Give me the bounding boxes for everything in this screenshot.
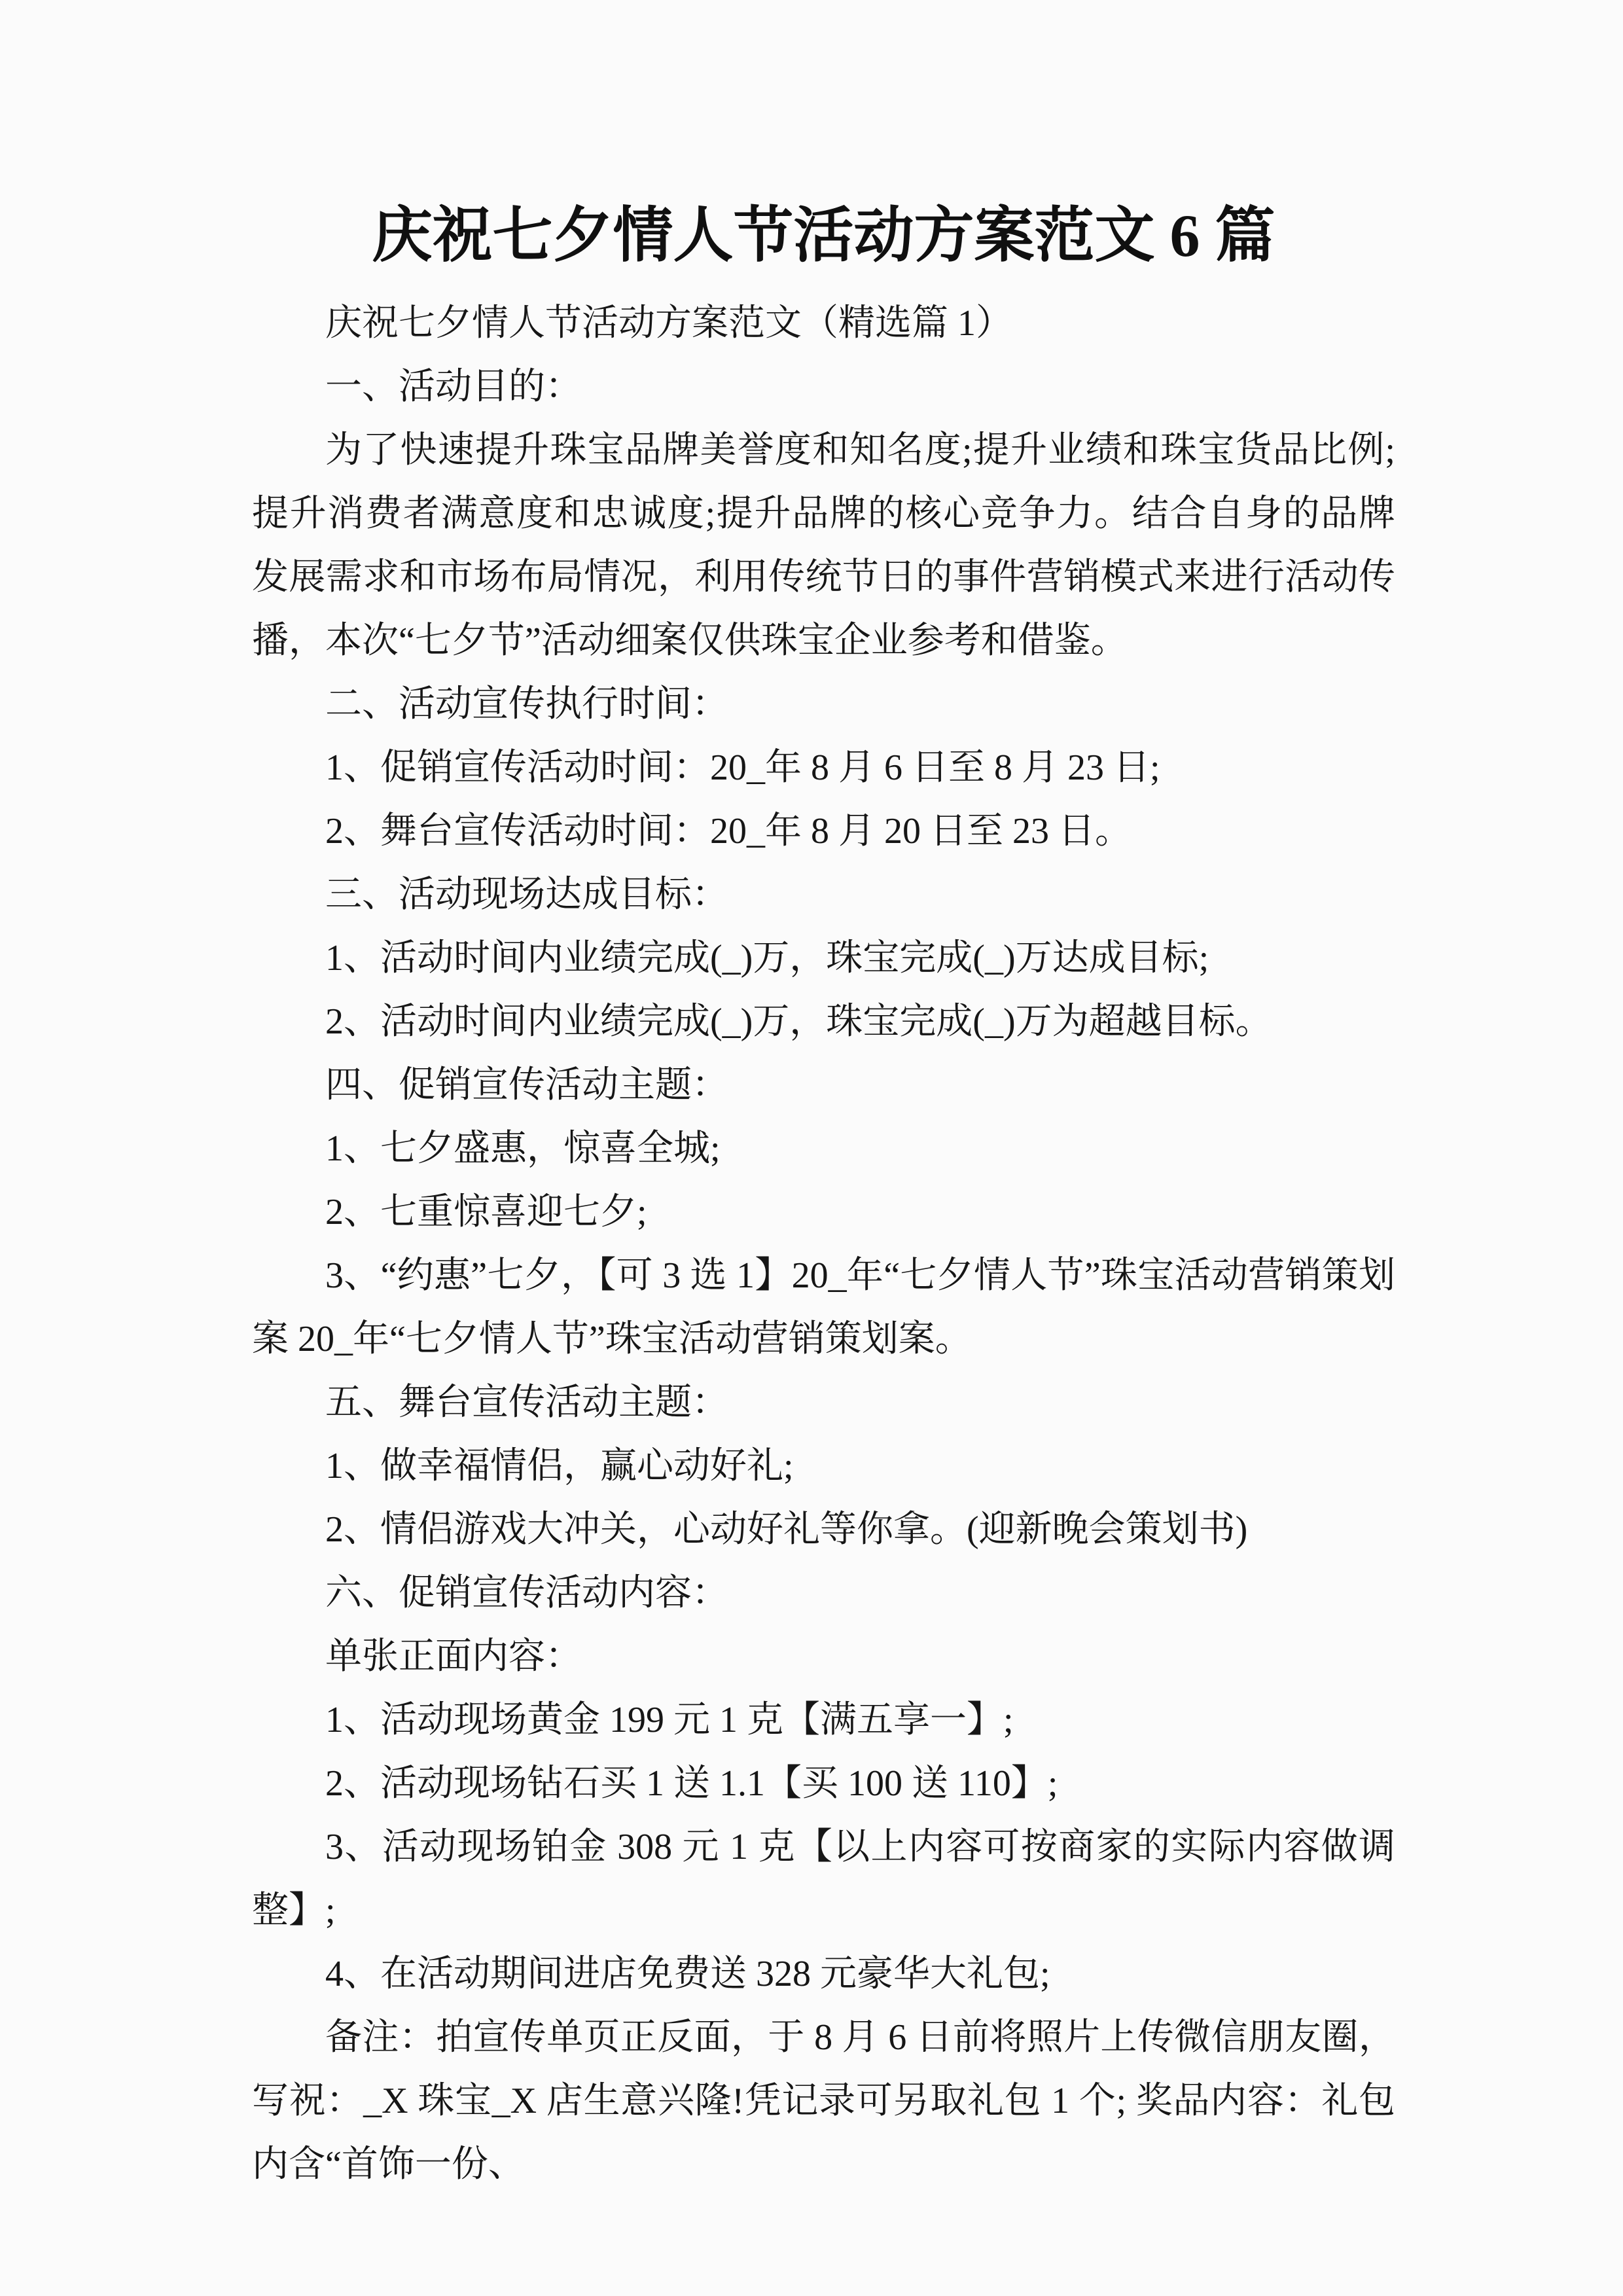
paragraph: 为了快速提升珠宝品牌美誉度和知名度;提升业绩和珠宝货品比例;提升消费者满意度和忠… (252, 419, 1395, 673)
paragraph: 1、活动时间内业绩完成(_)万，珠宝完成(_)万达成目标; (252, 927, 1395, 990)
paragraph: 六、促销宣传活动内容： (252, 1562, 1395, 1625)
paragraph: 二、活动宣传执行时间： (252, 673, 1395, 736)
paragraph: 2、七重惊喜迎七夕; (252, 1181, 1395, 1244)
paragraph: 4、在活动期间进店免费送 328 元豪华大礼包; (252, 1943, 1395, 2006)
paragraph: 1、活动现场黄金 199 元 1 克【满五享一】; (252, 1689, 1395, 1752)
document-body: 庆祝七夕情人节活动方案范文（精选篇 1）一、活动目的：为了快速提升珠宝品牌美誉度… (252, 292, 1395, 2197)
paragraph: 四、促销宣传活动主题： (252, 1054, 1395, 1117)
page-title: 庆祝七夕情人节活动方案范文 6 篇 (252, 196, 1395, 275)
paragraph: 2、情侣游戏大冲关，心动好礼等你拿。(迎新晚会策划书) (252, 1498, 1395, 1562)
paragraph: 一、活动目的： (252, 355, 1395, 419)
document-content: 庆祝七夕情人节活动方案范文 6 篇 庆祝七夕情人节活动方案范文（精选篇 1）一、… (252, 196, 1395, 2197)
paragraph: 2、活动时间内业绩完成(_)万，珠宝完成(_)万为超越目标。 (252, 990, 1395, 1054)
paragraph: 1、做幸福情侣，赢心动好礼; (252, 1435, 1395, 1498)
document-page: 庆祝七夕情人节活动方案范文 6 篇 庆祝七夕情人节活动方案范文（精选篇 1）一、… (0, 0, 1623, 2296)
paragraph: 3、“约惠”七夕，【可 3 选 1】20_年“七夕情人节”珠宝活动营销策划案 2… (252, 1244, 1395, 1371)
paragraph: 五、舞台宣传活动主题： (252, 1371, 1395, 1435)
paragraph: 庆祝七夕情人节活动方案范文（精选篇 1） (252, 292, 1395, 355)
paragraph: 2、活动现场钻石买 1 送 1.1【买 100 送 110】; (252, 1752, 1395, 1816)
paragraph: 1、促销宣传活动时间：20_年 8 月 6 日至 8 月 23 日; (252, 736, 1395, 800)
paragraph: 2、舞台宣传活动时间：20_年 8 月 20 日至 23 日。 (252, 800, 1395, 863)
paragraph: 单张正面内容： (252, 1625, 1395, 1689)
paragraph: 三、活动现场达成目标： (252, 863, 1395, 927)
paragraph: 3、活动现场铂金 308 元 1 克【以上内容可按商家的实际内容做调整】; (252, 1816, 1395, 1943)
paragraph: 备注：拍宣传单页正反面，于 8 月 6 日前将照片上传微信朋友圈，写祝：_X 珠… (252, 2006, 1395, 2197)
paragraph: 1、七夕盛惠，惊喜全城; (252, 1117, 1395, 1181)
